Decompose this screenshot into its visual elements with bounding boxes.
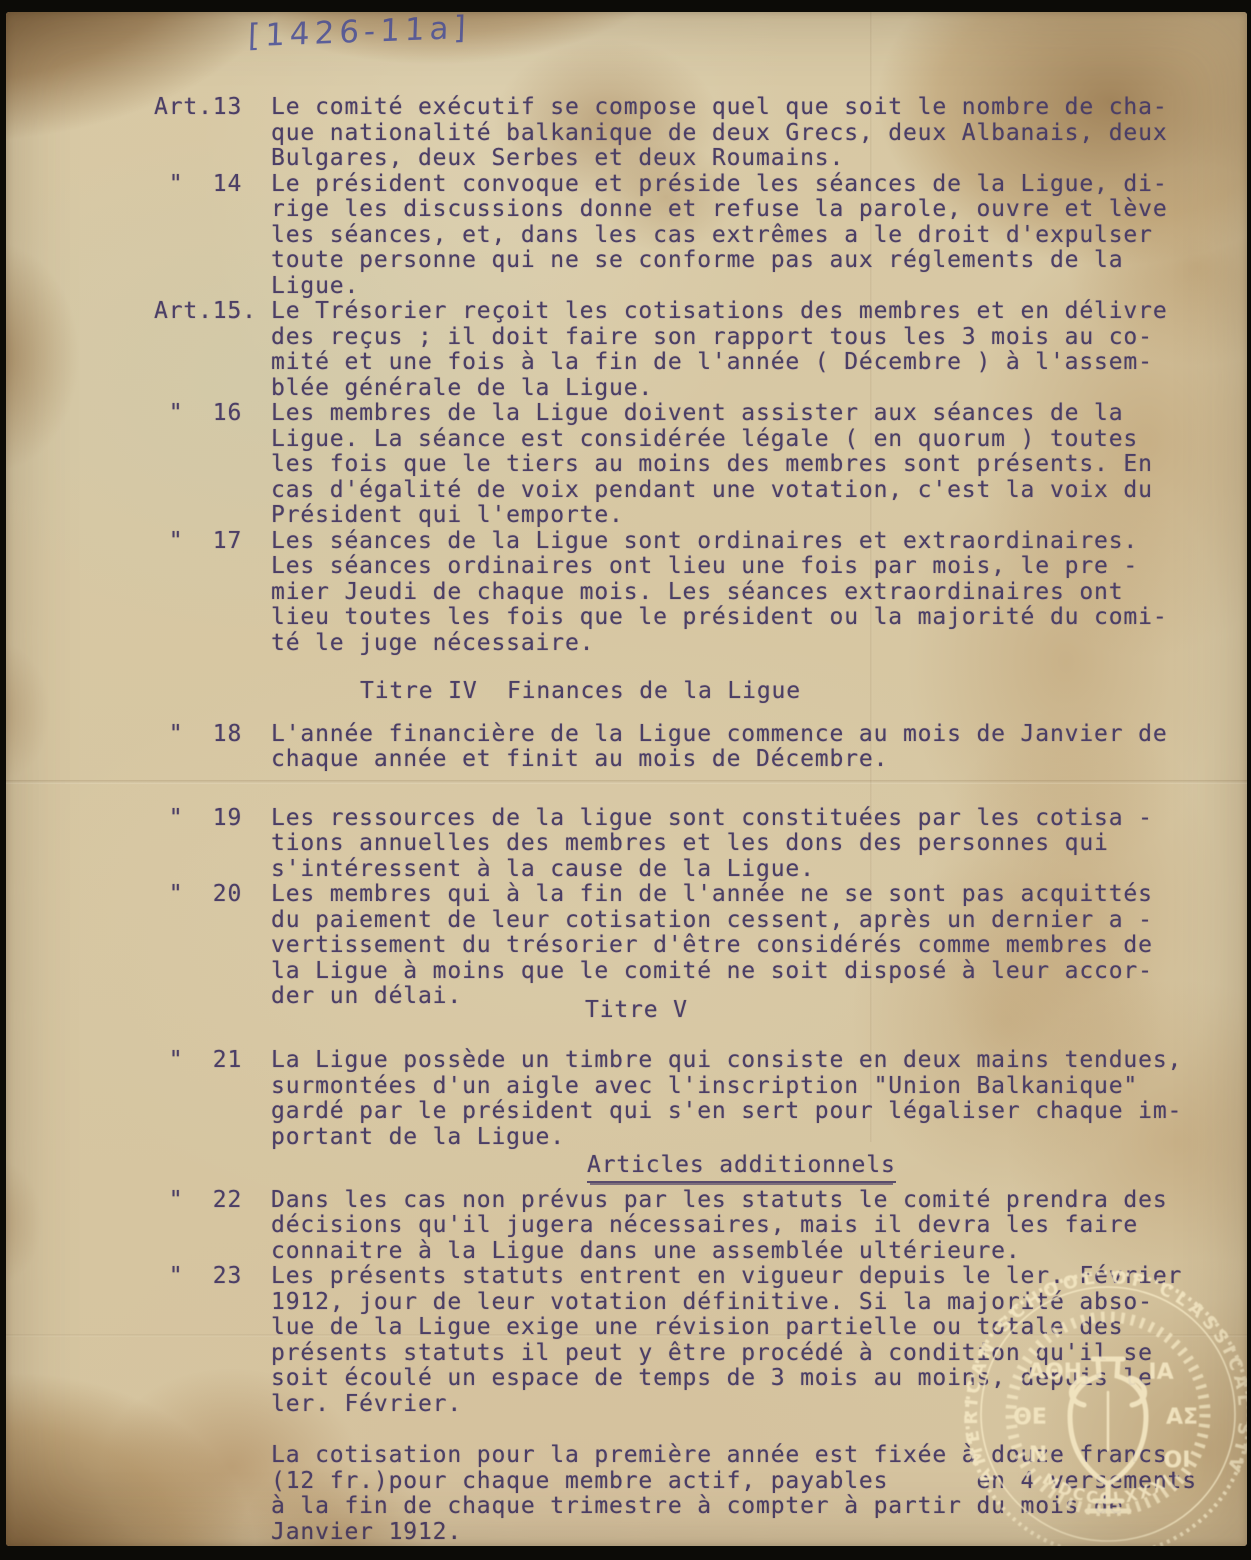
article-block: " 16Les membres de la Ligue doivent assi… <box>154 401 1217 529</box>
text-line: Les membres de la Ligue doivent assister… <box>271 401 1217 427</box>
article-text: Les ressources de la ligue sont constitu… <box>271 806 1217 883</box>
text-line: Bulgares, deux Serbes et deux Roumains. <box>271 146 1217 172</box>
text-line: Les séances de la Ligue sont ordinaires … <box>271 529 1217 555</box>
text-line: la Ligue à moins que le comité ne soit d… <box>271 959 1217 985</box>
article-text: Les membres de la Ligue doivent assister… <box>271 401 1217 529</box>
archive-seal-stamp: AMERICAN SCHOOL OF CLASSICAL STVDIES AT … <box>958 1264 1247 1546</box>
scan-background: [1426-11a] Art.13Le comité exécutif se c… <box>0 0 1251 1560</box>
section-heading-text: Titre IV Finances de la Ligue <box>360 678 801 704</box>
text-line: Dans les cas non prévus par les statuts … <box>271 1188 1217 1214</box>
text-line: Ligue. La séance est considérée légale (… <box>271 427 1217 453</box>
section-heading: Titre IV Finances de la Ligue <box>154 679 1217 705</box>
article-text: Les séances de la Ligue sont ordinaires … <box>271 529 1217 657</box>
article-number <box>154 1443 271 1545</box>
article-text: Le Trésorier reçoit les cotisations des … <box>271 299 1217 401</box>
text-line: s'intéressent à la cause de la Ligue. <box>271 857 1217 883</box>
text-line: vertissement du trésorier d'être considé… <box>271 933 1217 959</box>
text-line: Les séances ordinaires ont lieu une fois… <box>271 554 1217 580</box>
article-block: " 14Le président convoque et préside les… <box>154 172 1217 300</box>
text-line: lieu toutes les fois que le président ou… <box>271 605 1217 631</box>
text-line: cas d'égalité de voix pendant une votati… <box>271 478 1217 504</box>
text-line: chaque année et finit au mois de Décembr… <box>271 747 1217 773</box>
text-line: La Ligue possède un timbre qui consiste … <box>271 1048 1217 1074</box>
article-text: Le comité exécutif se compose quel que s… <box>271 95 1217 172</box>
article-number: " 22 <box>154 1188 271 1265</box>
text-line: mier Jeudi de chaque mois. Les séances e… <box>271 580 1217 606</box>
text-line: blée générale de la Ligue. <box>271 376 1217 402</box>
text-line: Les ressources de la ligue sont constitu… <box>271 806 1217 832</box>
text-line: que nationalité balkanique de deux Grecs… <box>271 121 1217 147</box>
svg-text:ΑΘΗ: ΑΘΗ <box>1028 1360 1082 1385</box>
article-number: " 16 <box>154 401 271 529</box>
seal-greek-letters: ΑΘΗ ΙΑ ΘΕ ΑΣ Ν ΟΙ <box>1013 1360 1198 1473</box>
article-block: Art.15.Le Trésorier reçoit les cotisatio… <box>154 299 1217 401</box>
text-line: Le comité exécutif se compose quel que s… <box>271 95 1217 121</box>
svg-text:ΘΕ: ΘΕ <box>1013 1405 1047 1430</box>
article-number: " 19 <box>154 806 271 883</box>
article-block: " 20Les membres qui à la fin de l'année … <box>154 882 1217 1010</box>
article-block: Art.13Le comité exécutif se compose quel… <box>154 95 1217 172</box>
article-block: " 17Les séances de la Ligue sont ordinai… <box>154 529 1217 657</box>
text-line: Le président convoque et préside les séa… <box>271 172 1217 198</box>
svg-text:Ν: Ν <box>1029 1443 1047 1468</box>
article-block: " 19Les ressources de la ligue sont cons… <box>154 806 1217 883</box>
article-text: Dans les cas non prévus par les statuts … <box>271 1188 1217 1265</box>
article-number: Art.15. <box>154 299 271 401</box>
article-number: Art.13 <box>154 95 271 172</box>
document-page: [1426-11a] Art.13Le comité exécutif se c… <box>6 12 1247 1546</box>
archival-annotation: [1426-11a] <box>248 12 472 54</box>
svg-text:ΑΣ: ΑΣ <box>1166 1405 1198 1430</box>
article-text: Les membres qui à la fin de l'année ne s… <box>271 882 1217 1010</box>
article-number: " 21 <box>154 1048 271 1150</box>
text-line: L'année financière de la Ligue commence … <box>271 722 1217 748</box>
text-line: Ligue. <box>271 274 1217 300</box>
text-line: toute personne qui ne se conforme pas au… <box>271 248 1217 274</box>
article-number: " 14 <box>154 172 271 300</box>
text-line: les fois que le tiers au moins des membr… <box>271 452 1217 478</box>
article-number: " 17 <box>154 529 271 657</box>
article-text: La Ligue possède un timbre qui consiste … <box>271 1048 1217 1150</box>
text-line: rige les discussions donne et refuse la … <box>271 197 1217 223</box>
section-heading-text: Articles additionnels <box>587 1152 896 1183</box>
section-heading: Articles additionnels <box>154 1153 1217 1179</box>
text-line: gardé par le président qui s'en sert pou… <box>271 1099 1217 1125</box>
text-line: Président qui l'emporte. <box>271 503 1217 529</box>
article-number: " 18 <box>154 722 271 773</box>
svg-text:ΟΙ: ΟΙ <box>1164 1448 1191 1473</box>
text-line: décisions qu'il jugera nécessaires, mais… <box>271 1213 1217 1239</box>
text-line: té le juge nécessaire. <box>271 631 1217 657</box>
text-line: Le Trésorier reçoit les cotisations des … <box>271 299 1217 325</box>
text-line: du paiement de leur cotisation cessent, … <box>271 908 1217 934</box>
text-line: Les membres qui à la fin de l'année ne s… <box>271 882 1217 908</box>
article-text: L'année financière de la Ligue commence … <box>271 722 1217 773</box>
article-block: " 22Dans les cas non prévus par les stat… <box>154 1188 1217 1265</box>
seal-ring-text: AMERICAN SCHOOL OF CLASSICAL STVDIES AT … <box>958 1264 1247 1486</box>
text-line: les séances, et, dans les cas extrêmes a… <box>271 223 1217 249</box>
text-line: surmontées d'un aigle avec l'inscription… <box>271 1074 1217 1100</box>
text-line: connaitre à la Ligue dans une assemblée … <box>271 1239 1217 1265</box>
text-line: des reçus ; il doit faire son rapport to… <box>271 325 1217 351</box>
article-number: " 23 <box>154 1264 271 1417</box>
section-heading-text: Titre V <box>585 997 688 1023</box>
text-line: tions annuelles des membres et les dons … <box>271 831 1217 857</box>
article-number: " 20 <box>154 882 271 1010</box>
article-block: " 18L'année financière de la Ligue comme… <box>154 722 1217 773</box>
article-block: " 21La Ligue possède un timbre qui consi… <box>154 1048 1217 1150</box>
article-text: Le président convoque et préside les séa… <box>271 172 1217 300</box>
text-line: portant de la Ligue. <box>271 1125 1217 1151</box>
text-line: mité et une fois à la fin de l'année ( D… <box>271 350 1217 376</box>
svg-text:ΙΑ: ΙΑ <box>1148 1360 1173 1385</box>
